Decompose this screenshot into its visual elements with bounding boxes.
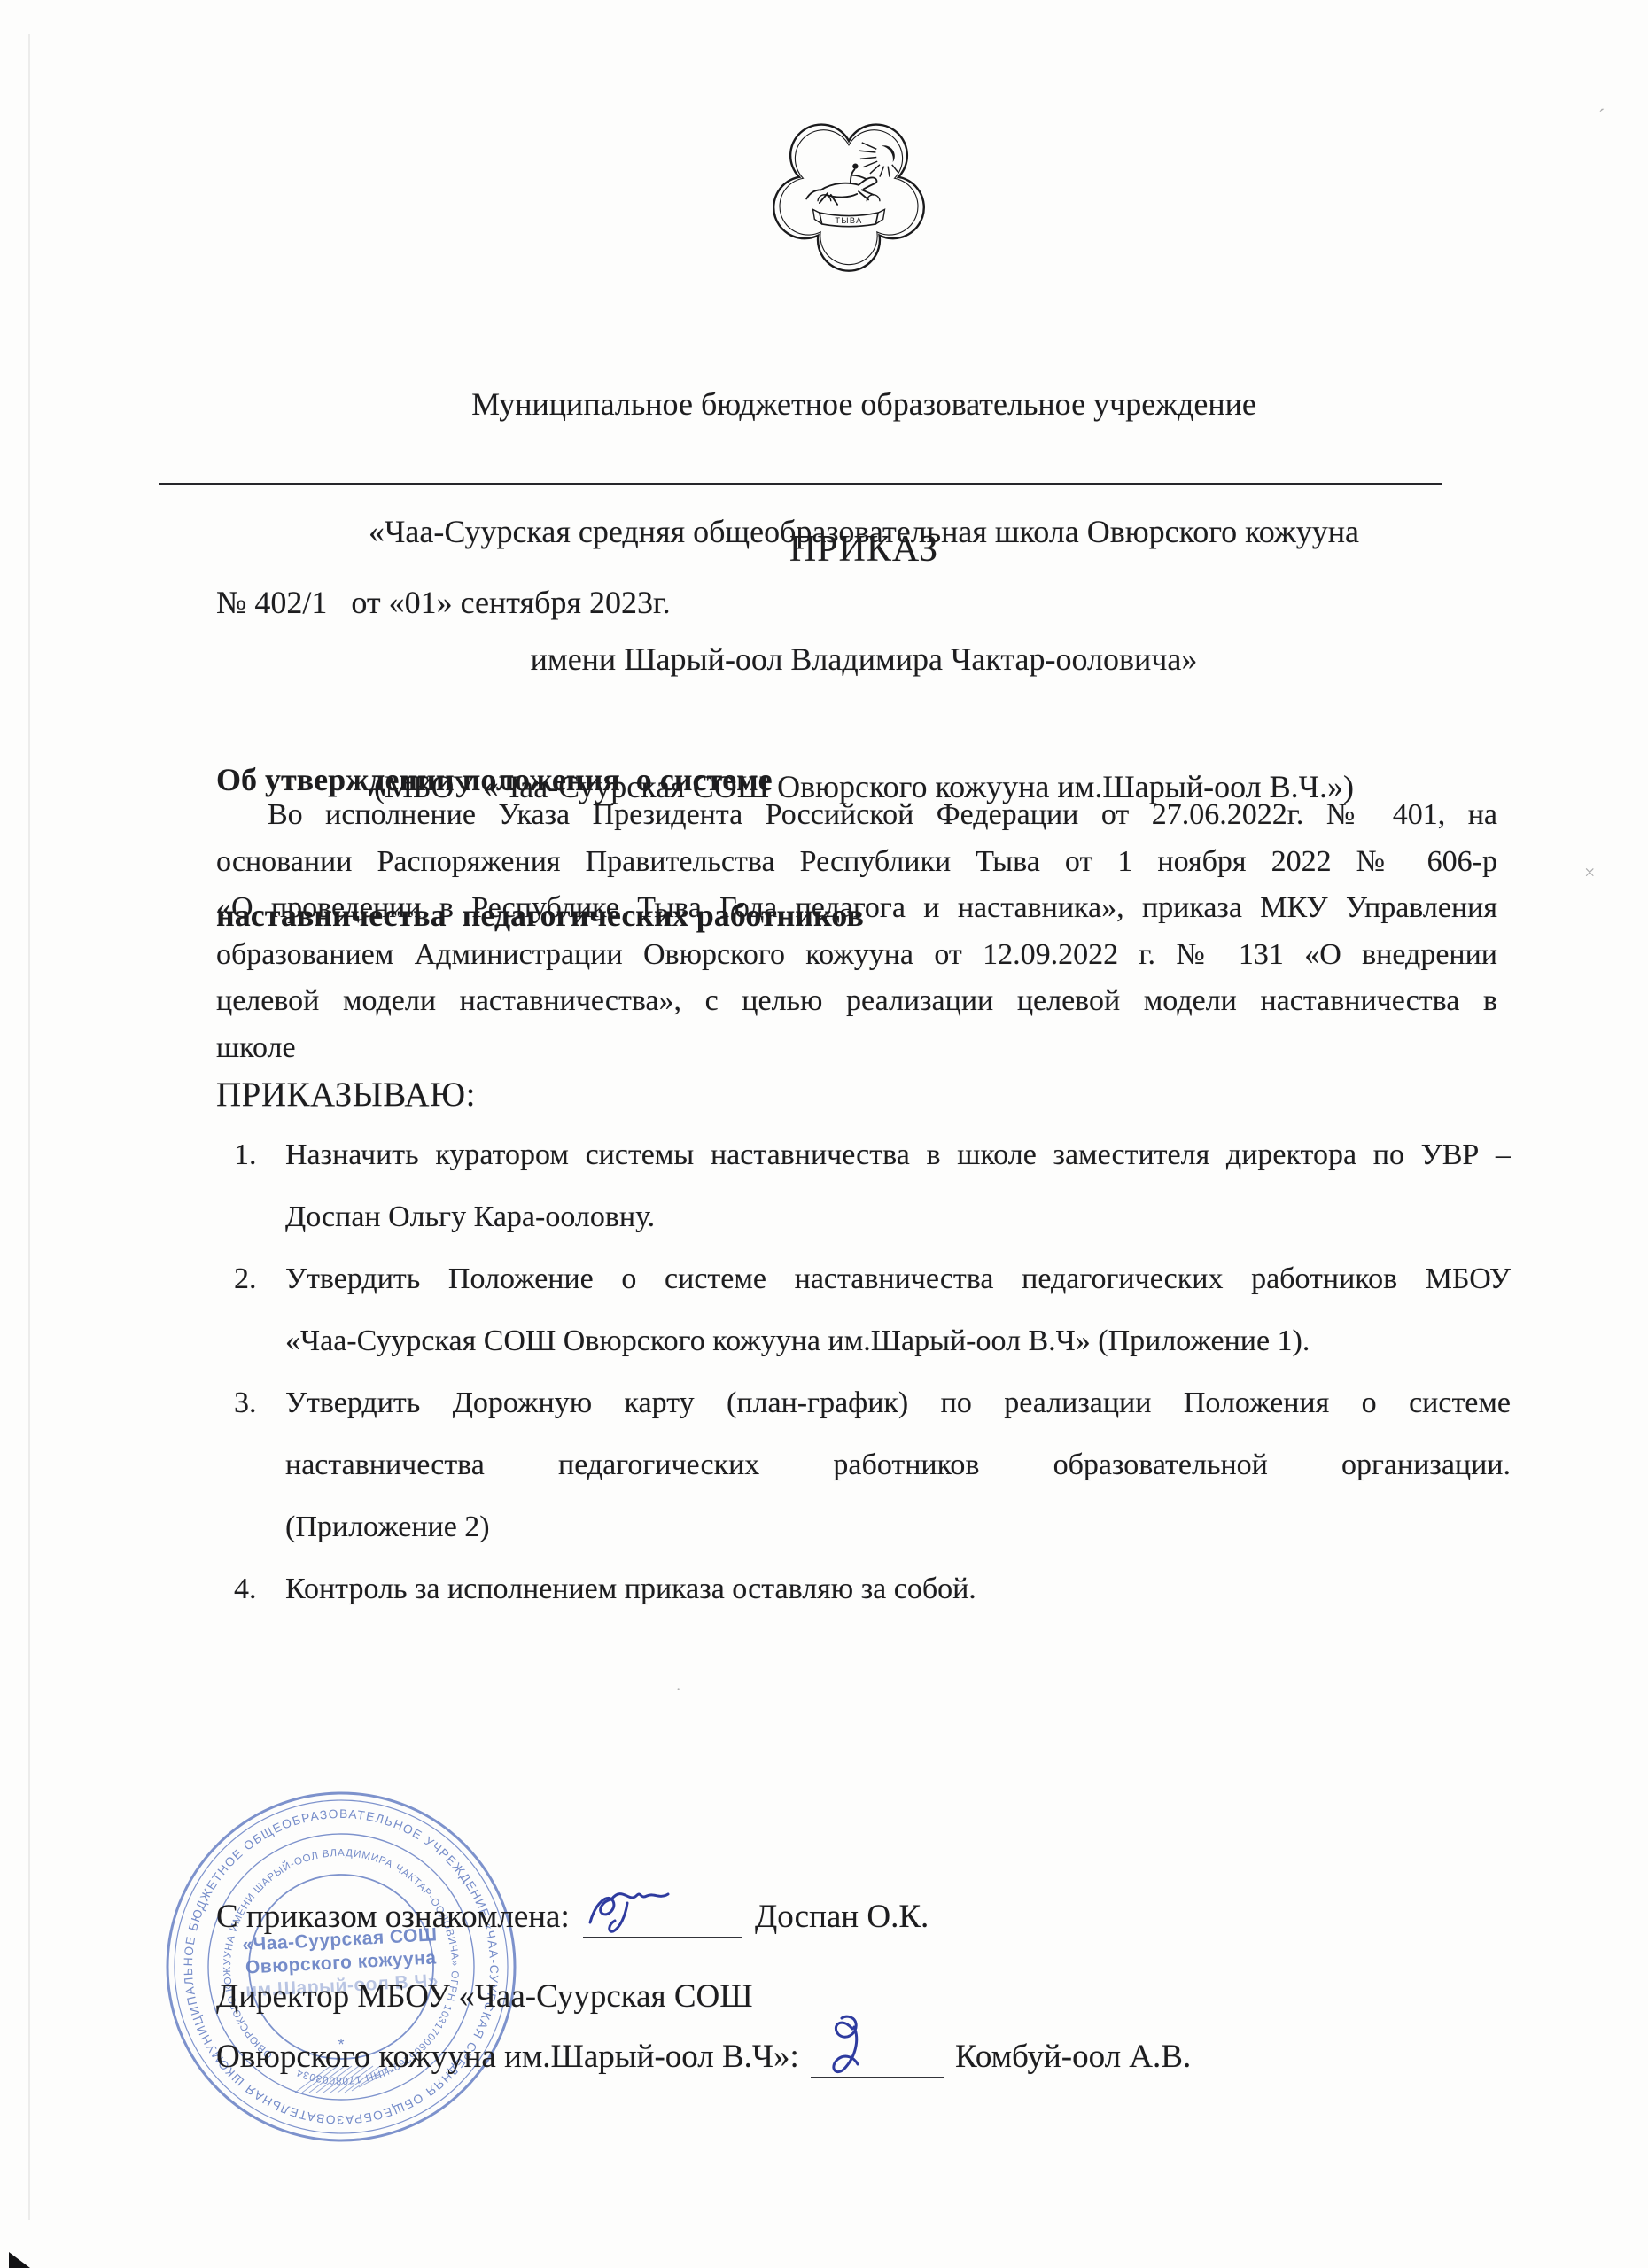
body-line: «О проведении в Республике Тыва Года пед… bbox=[216, 887, 1497, 934]
school-round-stamp: МУНИЦИПАЛЬНОЕ БЮДЖЕТНОЕ ОБЩЕОБРАЗОВАТЕЛЬ… bbox=[153, 1779, 529, 2155]
item-number: 3. bbox=[234, 1382, 257, 1425]
tuva-emblem-icon: ТЫВА bbox=[767, 110, 930, 276]
horseman-icon bbox=[806, 164, 876, 205]
order-item-3: 3. Утвердить Дорожную карту (план-график… bbox=[285, 1382, 1511, 1568]
order-item-1: 1. Назначить куратором системы наставнич… bbox=[285, 1134, 1511, 1258]
ack-label: С приказом ознакомлена: bbox=[216, 1898, 570, 1936]
item-line: (Приложение 2) bbox=[285, 1506, 1511, 1568]
director-title-line1: Директор МБОУ «Чаа-Суурская СОШ bbox=[216, 1977, 753, 2016]
scan-corner-artifact bbox=[9, 2252, 30, 2268]
scan-speck: × bbox=[1584, 861, 1595, 884]
ack-name: Доспан О.К. bbox=[755, 1898, 929, 1936]
item-line: Назначить куратором системы наставничест… bbox=[285, 1134, 1511, 1196]
body-line: целевой модели наставничества», с целью … bbox=[216, 980, 1497, 1027]
item-line: Утвердить Положение о системе наставниче… bbox=[285, 1258, 1511, 1320]
item-line: наставничества педагогических работников… bbox=[285, 1444, 1511, 1506]
sun-crescent-icon bbox=[859, 143, 898, 177]
order-number-date: № 402/1 от «01» сентября 2023г. bbox=[216, 584, 671, 621]
resolution-word: ПРИКАЗЫВАЮ: bbox=[216, 1075, 476, 1115]
order-items-list: 1. Назначить куратором системы наставнич… bbox=[285, 1134, 1511, 1630]
body-line: основании Распоряжения Правительства Рес… bbox=[216, 841, 1497, 888]
director-name: Комбуй-оол А.В. bbox=[955, 2038, 1191, 2076]
scan-speck: · bbox=[675, 1678, 681, 1701]
director-handwritten-signature bbox=[822, 2008, 902, 2093]
ack-handwritten-signature bbox=[578, 1876, 693, 1946]
item-line: «Чаа-Суурская СОШ Овюрского кожууна им.Ш… bbox=[285, 1320, 1511, 1382]
body-line: Во исполнение Указа Президента Российско… bbox=[216, 794, 1497, 841]
order-item-4: 4. Контроль за исполнением приказа остав… bbox=[285, 1568, 1511, 1630]
order-title: ПРИКАЗ bbox=[216, 528, 1512, 571]
order-item-2: 2. Утвердить Положение о системе наставн… bbox=[285, 1258, 1511, 1382]
body-line: школе bbox=[216, 1027, 1497, 1074]
header-divider bbox=[159, 483, 1442, 485]
org-line: Муниципальное бюджетное образовательное … bbox=[216, 383, 1512, 425]
director-title-line2: Овюрского кожууна им.Шарый-оол В.Ч»: bbox=[216, 2038, 799, 2076]
scanned-document: { "doc": { "org_lines": [ "Муниципальное… bbox=[0, 0, 1648, 2268]
scan-speck: ˊ bbox=[1598, 105, 1605, 128]
emblem-banner-label: ТЫВА bbox=[835, 216, 862, 225]
item-number: 4. bbox=[234, 1568, 257, 1611]
item-line: Контроль за исполнением приказа оставляю… bbox=[285, 1568, 1511, 1630]
item-number: 2. bbox=[234, 1258, 257, 1301]
item-number: 1. bbox=[234, 1134, 257, 1177]
item-line: Доспан Ольгу Кара-ооловну. bbox=[285, 1196, 1511, 1258]
scan-edge-line bbox=[28, 34, 30, 2220]
item-line: Утвердить Дорожную карту (план-график) п… bbox=[285, 1382, 1511, 1444]
preamble-paragraph: Во исполнение Указа Президента Российско… bbox=[216, 794, 1497, 1073]
body-line: образованием Администрации Овюрского кож… bbox=[216, 934, 1497, 981]
